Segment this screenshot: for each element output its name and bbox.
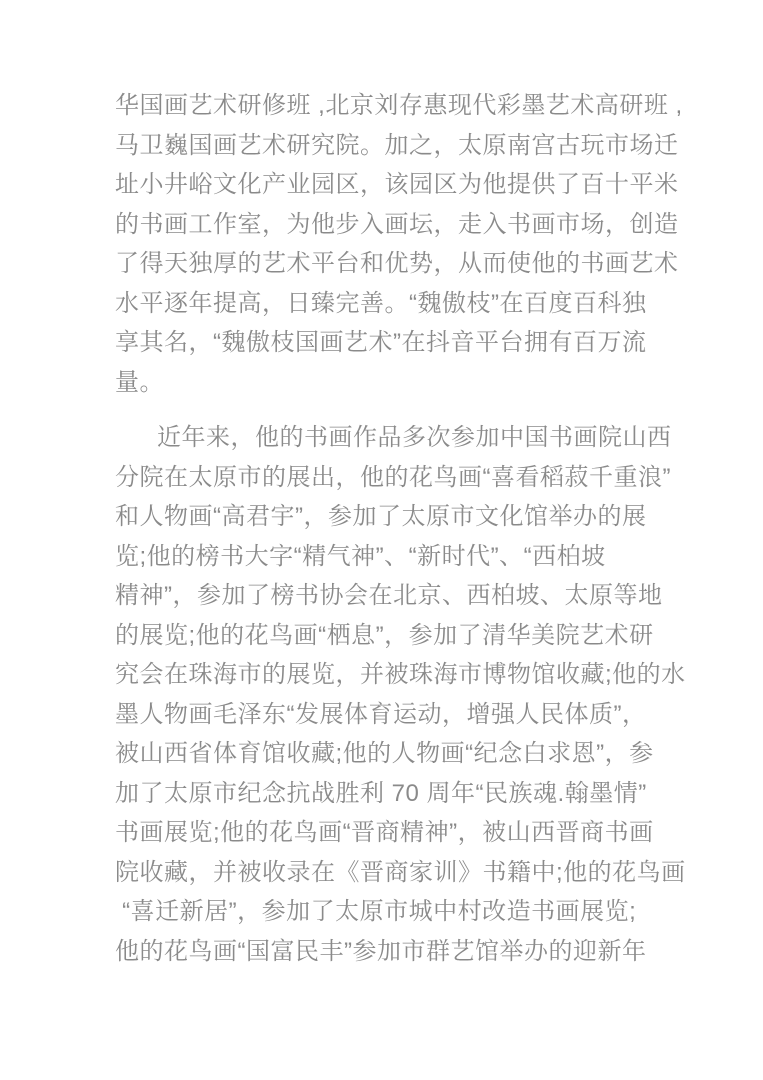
text-line: 加了太原市纪念抗战胜利 70 周年“民族魂.翰墨情” [115,774,668,814]
text-line: 究会在珠海市的展览，并被珠海市博物馆收藏;他的水 [115,655,668,695]
text-line: 马卫巍国画艺术研究院。加之，太原南宫古玩市场迁 [115,126,668,166]
text-line: 分院在太原市的展出，他的花鸟画“喜看稻菽千重浪” [115,458,668,498]
text-line: 近年来，他的书画作品多次参加中国书画院山西 [115,418,668,458]
text-line: 他的花鸟画“国富民丰”参加市群艺馆举办的迎新年 [115,932,668,972]
paragraph: 近年来，他的书画作品多次参加中国书画院山西分院在太原市的展出，他的花鸟画“喜看稻… [115,418,668,971]
text-line: 院收藏，并被收录在《晋商家训》书籍中;他的花鸟画 [115,853,668,893]
text-line: 的展览;他的花鸟画“栖息”，参加了清华美院艺术研 [115,616,668,656]
document-page: 华国画艺术研修班 ,北京刘存惠现代彩墨艺术高研班 ,马卫巍国画艺术研究院。加之，… [0,0,763,1080]
text-line: 墨人物画毛泽东“发展体育运动，增强人民体质”， [115,695,668,735]
text-line: 量。 [115,363,668,403]
text-line: 了得天独厚的艺术平台和优势，从而使他的书画艺术 [115,244,668,284]
text-line: 享其名，“魏傲枝国画艺术”在抖音平台拥有百万流 [115,323,668,363]
text-line: 和人物画“高君宇”，参加了太原市文化馆举办的展 [115,497,668,537]
text-line: 览;他的榜书大字“精气神”、“新时代”、“西柏坡 [115,537,668,577]
document-body: 华国画艺术研修班 ,北京刘存惠现代彩墨艺术高研班 ,马卫巍国画艺术研究院。加之，… [0,0,763,971]
text-line: 址小井峪文化产业园区，该园区为他提供了百十平米 [115,165,668,205]
text-line: 被山西省体育馆收藏;他的人物画“纪念白求恩”，参 [115,734,668,774]
text-line: 水平逐年提高，日臻完善。“魏傲枝”在百度百科独 [115,284,668,324]
text-line: 华国画艺术研修班 ,北京刘存惠现代彩墨艺术高研班 , [115,86,668,126]
text-line: “喜迁新居”，参加了太原市城中村改造书画展览; [115,892,668,932]
paragraph: 华国画艺术研修班 ,北京刘存惠现代彩墨艺术高研班 ,马卫巍国画艺术研究院。加之，… [115,86,668,402]
text-line: 的书画工作室，为他步入画坛，走入书画市场，创造 [115,205,668,245]
text-line: 精神”，参加了榜书协会在北京、西柏坡、太原等地 [115,576,668,616]
text-line: 书画展览;他的花鸟画“晋商精神”，被山西晋商书画 [115,813,668,853]
